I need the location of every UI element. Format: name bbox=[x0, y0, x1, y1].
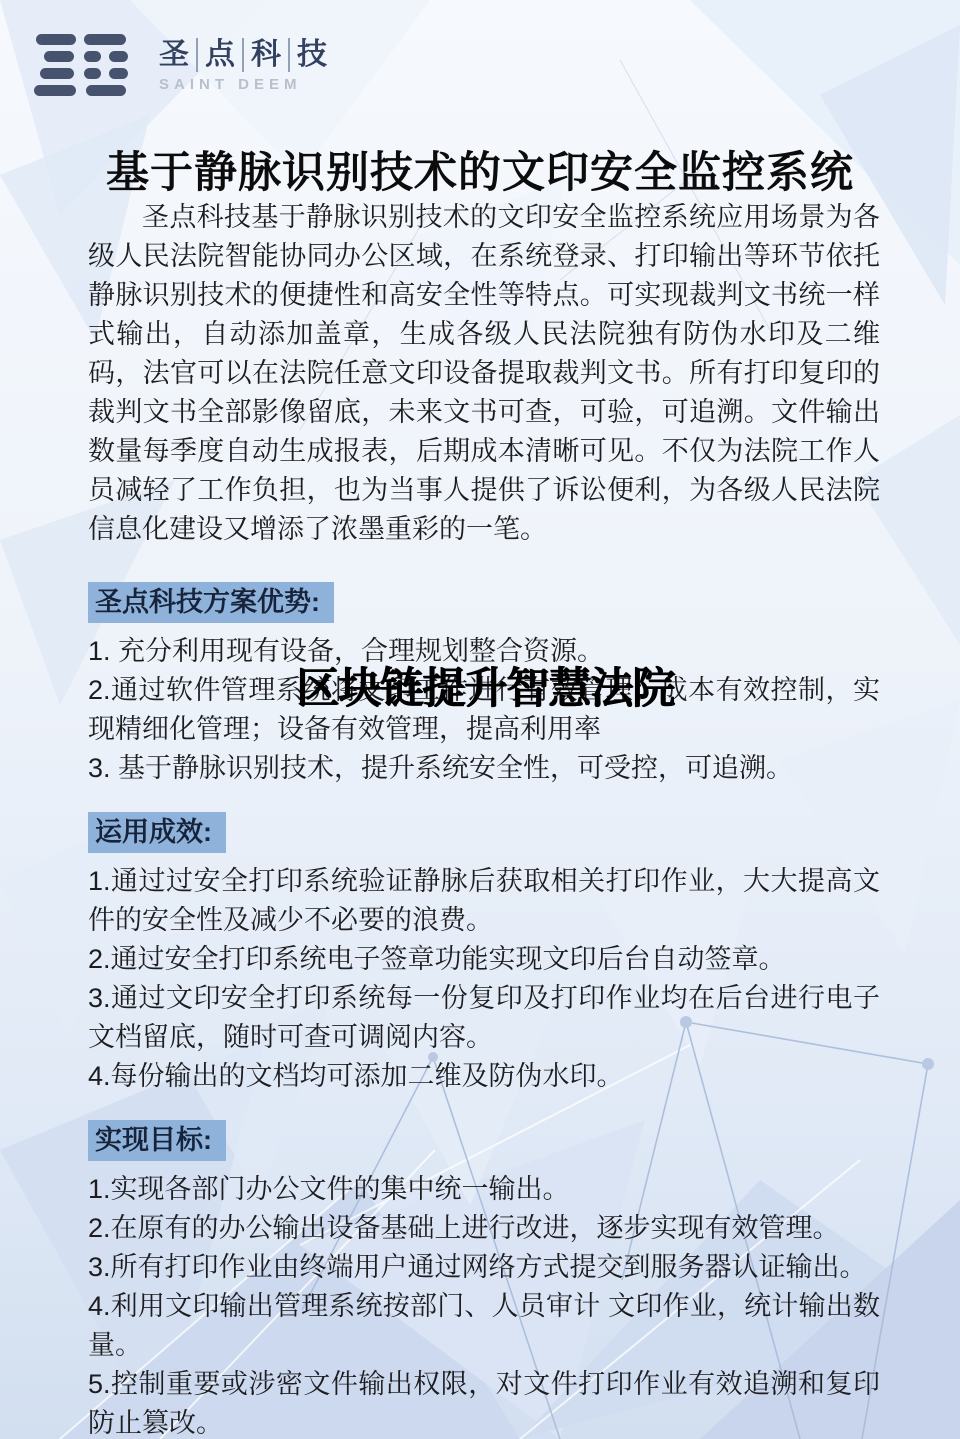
list-item: 3. 基于静脉识别技术，提升系统安全性，可受控，可追溯。 bbox=[88, 749, 880, 788]
section-goals: 实现目标: 1.实现各部门办公文件的集中统一输出。 2.在原有的办公输出设备基础… bbox=[88, 1120, 880, 1439]
list-item: 2.在原有的办公输出设备基础上进行改进，逐步实现有效管理。 bbox=[88, 1209, 880, 1248]
logo-char: 点 bbox=[196, 38, 242, 72]
intro-paragraph: 圣点科技基于静脉识别技术的文印安全监控系统应用场景为各级人民法院智能协同办公区域… bbox=[88, 198, 880, 549]
section-header-advantages: 圣点科技方案优势: bbox=[88, 582, 334, 623]
section-header-results: 运用成效: bbox=[88, 812, 226, 853]
section-header-goals: 实现目标: bbox=[88, 1120, 226, 1161]
list-item: 4.利用文印输出管理系统按部门、人员审计 文印作业，统计输出数量。 bbox=[88, 1287, 880, 1365]
logo-company-name: 圣 点 科 技 bbox=[152, 38, 334, 72]
logo: 圣 点 科 技 SAINT DEEM bbox=[34, 34, 334, 96]
logo-char: 科 bbox=[242, 38, 288, 72]
list-item: 2.通过安全打印系统电子签章功能实现文印后台自动签章。 bbox=[88, 940, 880, 979]
logo-text: 圣 点 科 技 SAINT DEEM bbox=[152, 38, 334, 93]
list-item: 1.通过过安全打印系统验证静脉后获取相关打印作业，大大提高文件的安全性及减少不必… bbox=[88, 862, 880, 940]
page-title: 基于静脉识别技术的文印安全监控系统 bbox=[0, 139, 960, 200]
list-item: 3.通过文印安全打印系统每一份复印及打印作业均在后台进行电子文档留底，随时可查可… bbox=[88, 979, 880, 1057]
document-body: 圣点科技基于静脉识别技术的文印安全监控系统应用场景为各级人民法院智能协同办公区域… bbox=[88, 198, 880, 1439]
logo-subtitle: SAINT DEEM bbox=[152, 76, 334, 93]
list-item: 1.实现各部门办公文件的集中统一输出。 bbox=[88, 1170, 880, 1209]
logo-char: 圣 bbox=[152, 38, 196, 72]
poster-page: 圣 点 科 技 SAINT DEEM 基于静脉识别技术的文印安全监控系统 圣点科… bbox=[0, 0, 960, 1439]
list-item: 5.控制重要或涉密文件输出权限，对文件打印作业有效追溯和复印防止篡改。 bbox=[88, 1365, 880, 1439]
list-item: 3.所有打印作业由终端用户通过网络方式提交到服务器认证输出。 bbox=[88, 1248, 880, 1287]
section-results: 运用成效: 1.通过过安全打印系统验证静脉后获取相关打印作业，大大提高文件的安全… bbox=[88, 812, 880, 1096]
list-item: 4.每份输出的文档均可添加二维及防伪水印。 bbox=[88, 1057, 880, 1096]
logo-char: 技 bbox=[288, 38, 334, 72]
overlay-headline: 区块链提升智慧法院 bbox=[296, 655, 674, 716]
saint-deem-logo-icon bbox=[34, 34, 134, 96]
